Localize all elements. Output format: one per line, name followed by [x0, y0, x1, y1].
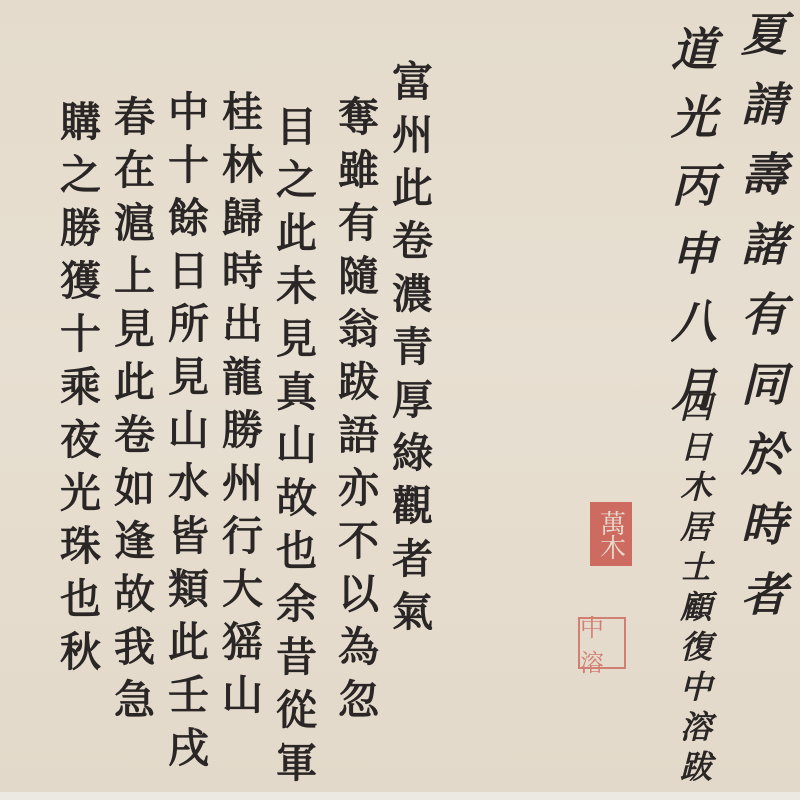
inscription-column-3: 四日木居士顧復中溶跋: [678, 390, 710, 790]
text-column-3: 目之此未見真山故也余昔從軍: [272, 105, 313, 794]
text-column-5: 中十餘日所見山水皆類此壬戌: [164, 90, 205, 779]
text-column-1: 富州此卷濃青厚綠觀者氣: [388, 60, 429, 643]
inscription-column-1: 夏請壽諸有同於時者: [738, 10, 784, 640]
text-column-4: 桂林歸時出龍勝州行大猺山: [218, 90, 259, 726]
text-column-7: 購之勝獲十乘夜光珠也秋: [56, 100, 97, 683]
text-column-6: 春在滬上見此卷如逢故我急: [110, 95, 151, 731]
seal-red-outline: 中溶: [578, 617, 626, 669]
text-column-2: 奪雖有隨翁跋語亦不以為忽: [334, 95, 375, 731]
seal-red-relief: 萬木: [590, 502, 632, 566]
inscription-column-2: 道光丙申八月: [668, 25, 714, 433]
mount-border: [0, 792, 800, 800]
